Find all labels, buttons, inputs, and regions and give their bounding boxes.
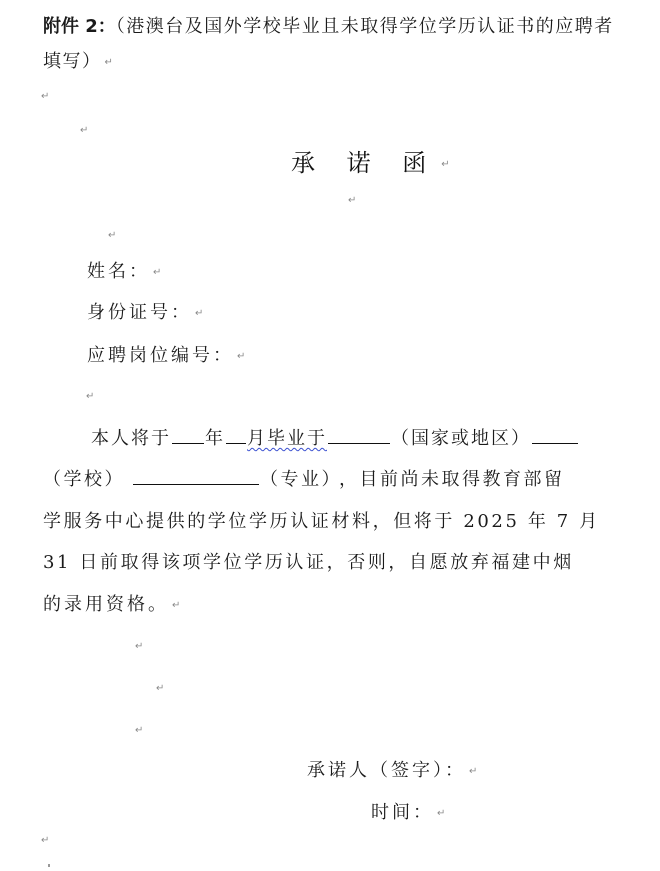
promisor-signature-label: 承诺人（签字）： [307,760,466,781]
paragraph-mark-icon: ↵ [135,641,143,652]
paragraph-mark-icon: ↵ [441,159,449,170]
paragraph-mark-icon: ↵ [105,57,115,68]
body-line-5: 的录用资格。↵ [43,590,183,616]
text-cursor-fragment [48,864,50,867]
attachment-note-line2: 填写）↵ [43,47,114,73]
paragraph-mark-icon: ↵ [153,267,164,278]
school-blank[interactable] [532,425,578,444]
empty-paragraph: ↵ [132,720,143,739]
paragraph-mark-icon: ↵ [80,125,88,136]
paragraph-mark-icon: ↵ [135,725,143,736]
field-id-number-label: 身份证号： [87,302,192,323]
body-line-2: （学校）（专业），目前尚未取得教育部留 [43,465,565,491]
paragraph-mark-icon: ↵ [172,600,183,611]
empty-paragraph: ↵ [153,678,164,697]
country-blank[interactable] [328,425,390,444]
body-line-3: 学服务中心提供的学位学历认证材料，但将于 2025 年 7 月 [43,507,600,533]
empty-paragraph: ↵ [38,830,49,849]
sign-date-label: 时间： [371,802,434,823]
empty-paragraph: ↵ [345,190,356,209]
paragraph-mark-icon: ↵ [108,230,116,241]
promisor-signature[interactable]: 承诺人（签字）：↵ [307,756,480,782]
paragraph-mark-icon: ↵ [86,391,94,402]
paragraph-mark-icon: ↵ [348,195,356,206]
field-name-label: 姓名： [87,261,150,282]
field-position-code-label: 应聘岗位编号： [87,345,234,366]
paragraph-mark-icon: ↵ [41,835,49,846]
paragraph-mark-icon: ↵ [237,351,248,362]
attachment-header: 附件 2：（港澳台及国外学校毕业且未取得学位学历认证书的应聘者 [43,12,614,38]
empty-paragraph: ↵ [132,636,143,655]
paragraph-mark-icon: ↵ [437,808,448,819]
body-line-1: 本人将于年月毕业于（国家或地区） [91,424,579,450]
major-blank[interactable] [133,466,259,485]
month-graduated-text: 月毕业于 [247,428,327,449]
paragraph-mark-icon: ↵ [195,308,206,319]
month-blank[interactable] [226,425,246,444]
field-name[interactable]: 姓名：↵ [87,257,164,283]
document-title: 承 诺 函↵ [291,143,450,178]
field-position-code[interactable]: 应聘岗位编号：↵ [87,341,248,367]
attachment-note: （港澳台及国外学校毕业且未取得学位学历认证书的应聘者 [116,16,614,37]
empty-paragraph: ↵ [38,86,49,105]
field-id-number[interactable]: 身份证号：↵ [87,298,206,324]
empty-paragraph: ↵ [83,386,94,405]
empty-paragraph: ↵ [105,225,116,244]
paragraph-mark-icon: ↵ [156,683,164,694]
sign-date[interactable]: 时间：↵ [371,798,448,824]
paragraph-mark-icon: ↵ [41,91,49,102]
paragraph-mark-icon: ↵ [469,766,480,777]
year-blank[interactable] [172,425,204,444]
body-line-4: 31 日前取得该项学位学历认证，否则，自愿放弃福建中烟 [43,548,574,574]
empty-paragraph: ↵ [77,120,88,139]
attachment-label: 附件 2： [43,16,116,37]
